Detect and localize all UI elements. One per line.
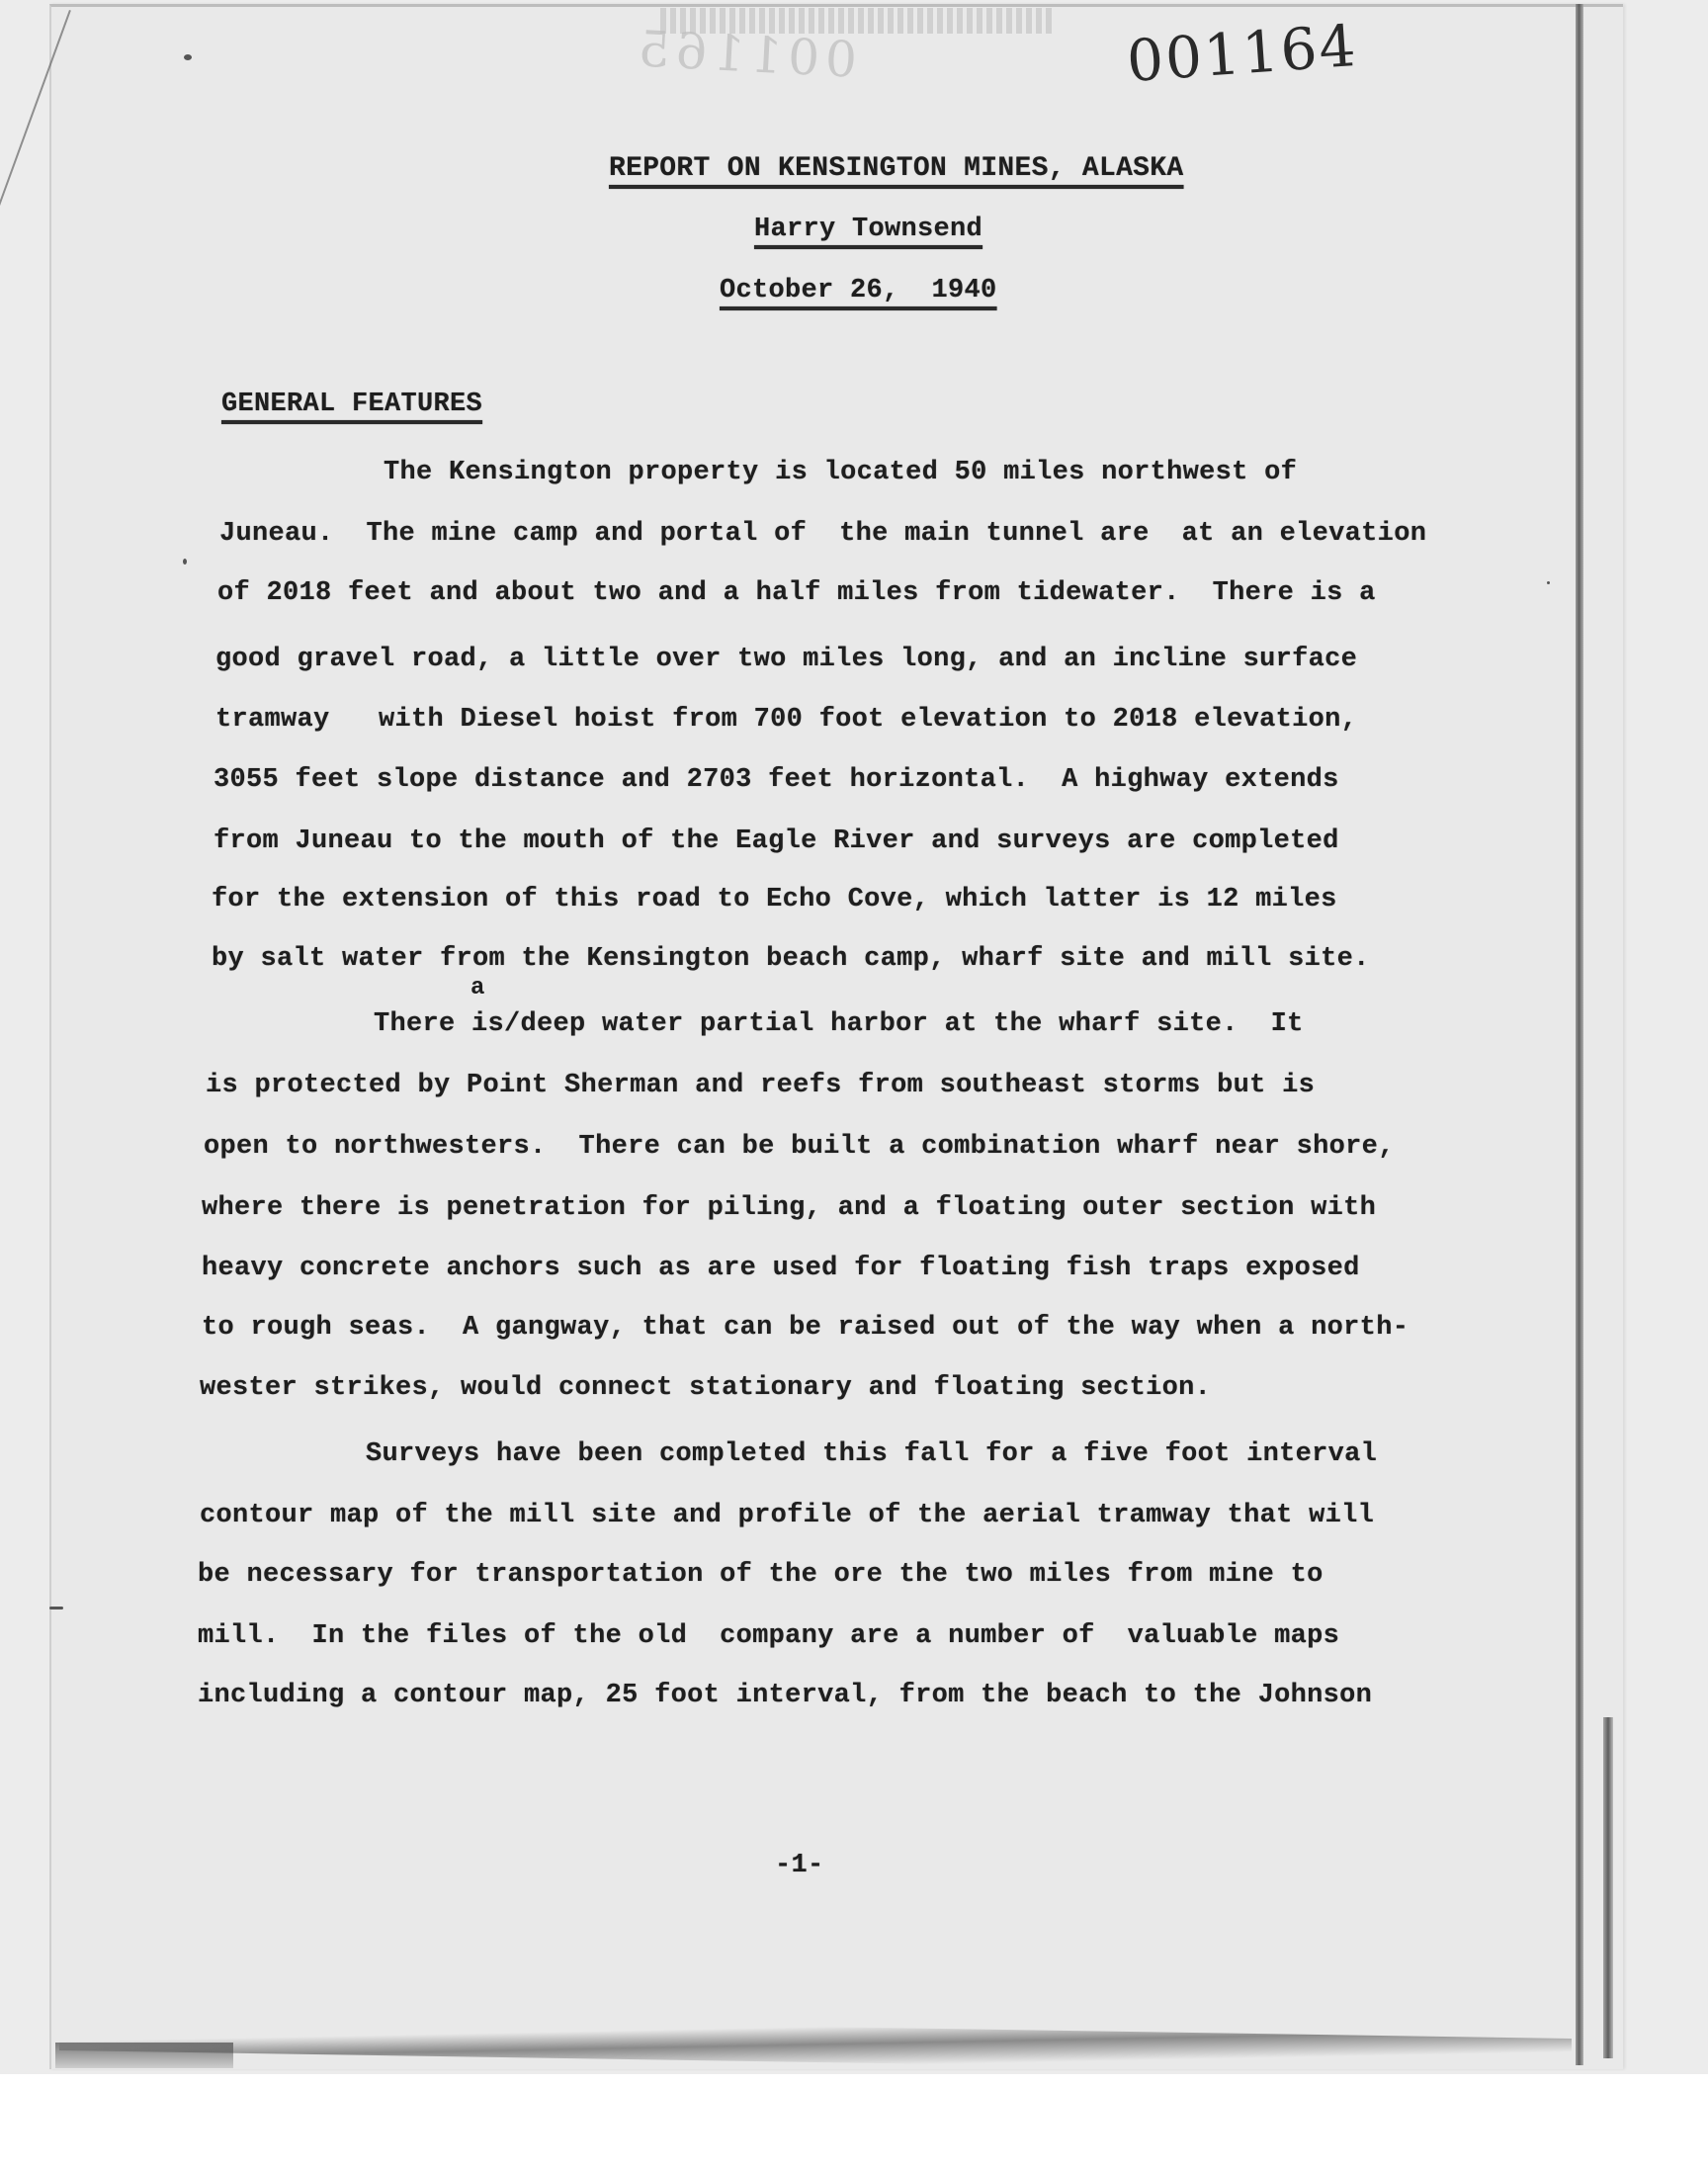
report-author: Harry Townsend <box>754 215 982 244</box>
page-right-edge-shadow-lower <box>1603 1717 1613 2058</box>
body-line: contour map of the mill site and profile… <box>200 1501 1374 1530</box>
body-line: is protected by Point Sherman and reefs … <box>206 1071 1315 1100</box>
scan-speck <box>184 54 192 60</box>
body-line: Juneau. The mine camp and portal of the … <box>219 519 1426 549</box>
page-number: -1- <box>775 1851 824 1880</box>
body-line: to rough seas. A gangway, that can be ra… <box>202 1313 1409 1343</box>
body-line: of 2018 feet and about two and a half mi… <box>217 578 1376 608</box>
bottom-edge-smudge-left <box>55 2043 233 2068</box>
body-line: The Kensington property is located 50 mi… <box>384 458 1297 487</box>
body-line: where there is penetration for piling, a… <box>202 1193 1376 1223</box>
body-line: from Juneau to the mouth of the Eagle Ri… <box>213 826 1339 856</box>
body-line: open to northwesters. There can be built… <box>204 1132 1395 1162</box>
body-line: including a contour map, 25 foot interva… <box>198 1681 1372 1710</box>
scan-speck <box>49 1607 63 1609</box>
body-line: mill. In the files of the old company ar… <box>198 1621 1339 1651</box>
scan-speck <box>183 559 187 565</box>
body-line: be necessary for transportation of the o… <box>198 1560 1324 1590</box>
report-date: October 26, 1940 <box>720 276 997 305</box>
body-line: by salt water from the Kensington beach … <box>212 944 1370 974</box>
page-right-edge-shadow <box>1576 4 1583 2065</box>
section-heading: GENERAL FEATURES <box>221 390 482 419</box>
body-line: Surveys have been completed this fall fo… <box>366 1439 1377 1469</box>
body-line: 3055 feet slope distance and 2703 feet h… <box>213 765 1339 795</box>
body-line: for the extension of this road to Echo C… <box>212 885 1337 914</box>
body-line: good gravel road, a little over two mile… <box>215 645 1357 674</box>
body-line: There is/deep water partial harbor at th… <box>374 1009 1304 1039</box>
handwritten-insertion-mark: a <box>470 975 484 1001</box>
body-line: wester strikes, would connect stationary… <box>200 1373 1211 1403</box>
bleed-through-stamp: 001165 <box>632 20 859 89</box>
body-line: tramway with Diesel hoist from 700 foot … <box>215 705 1357 735</box>
scan-speck <box>1547 581 1550 584</box>
body-line: heavy concrete anchors such as are used … <box>202 1254 1360 1283</box>
report-title: REPORT ON KENSINGTON MINES, ALASKA <box>609 153 1184 184</box>
